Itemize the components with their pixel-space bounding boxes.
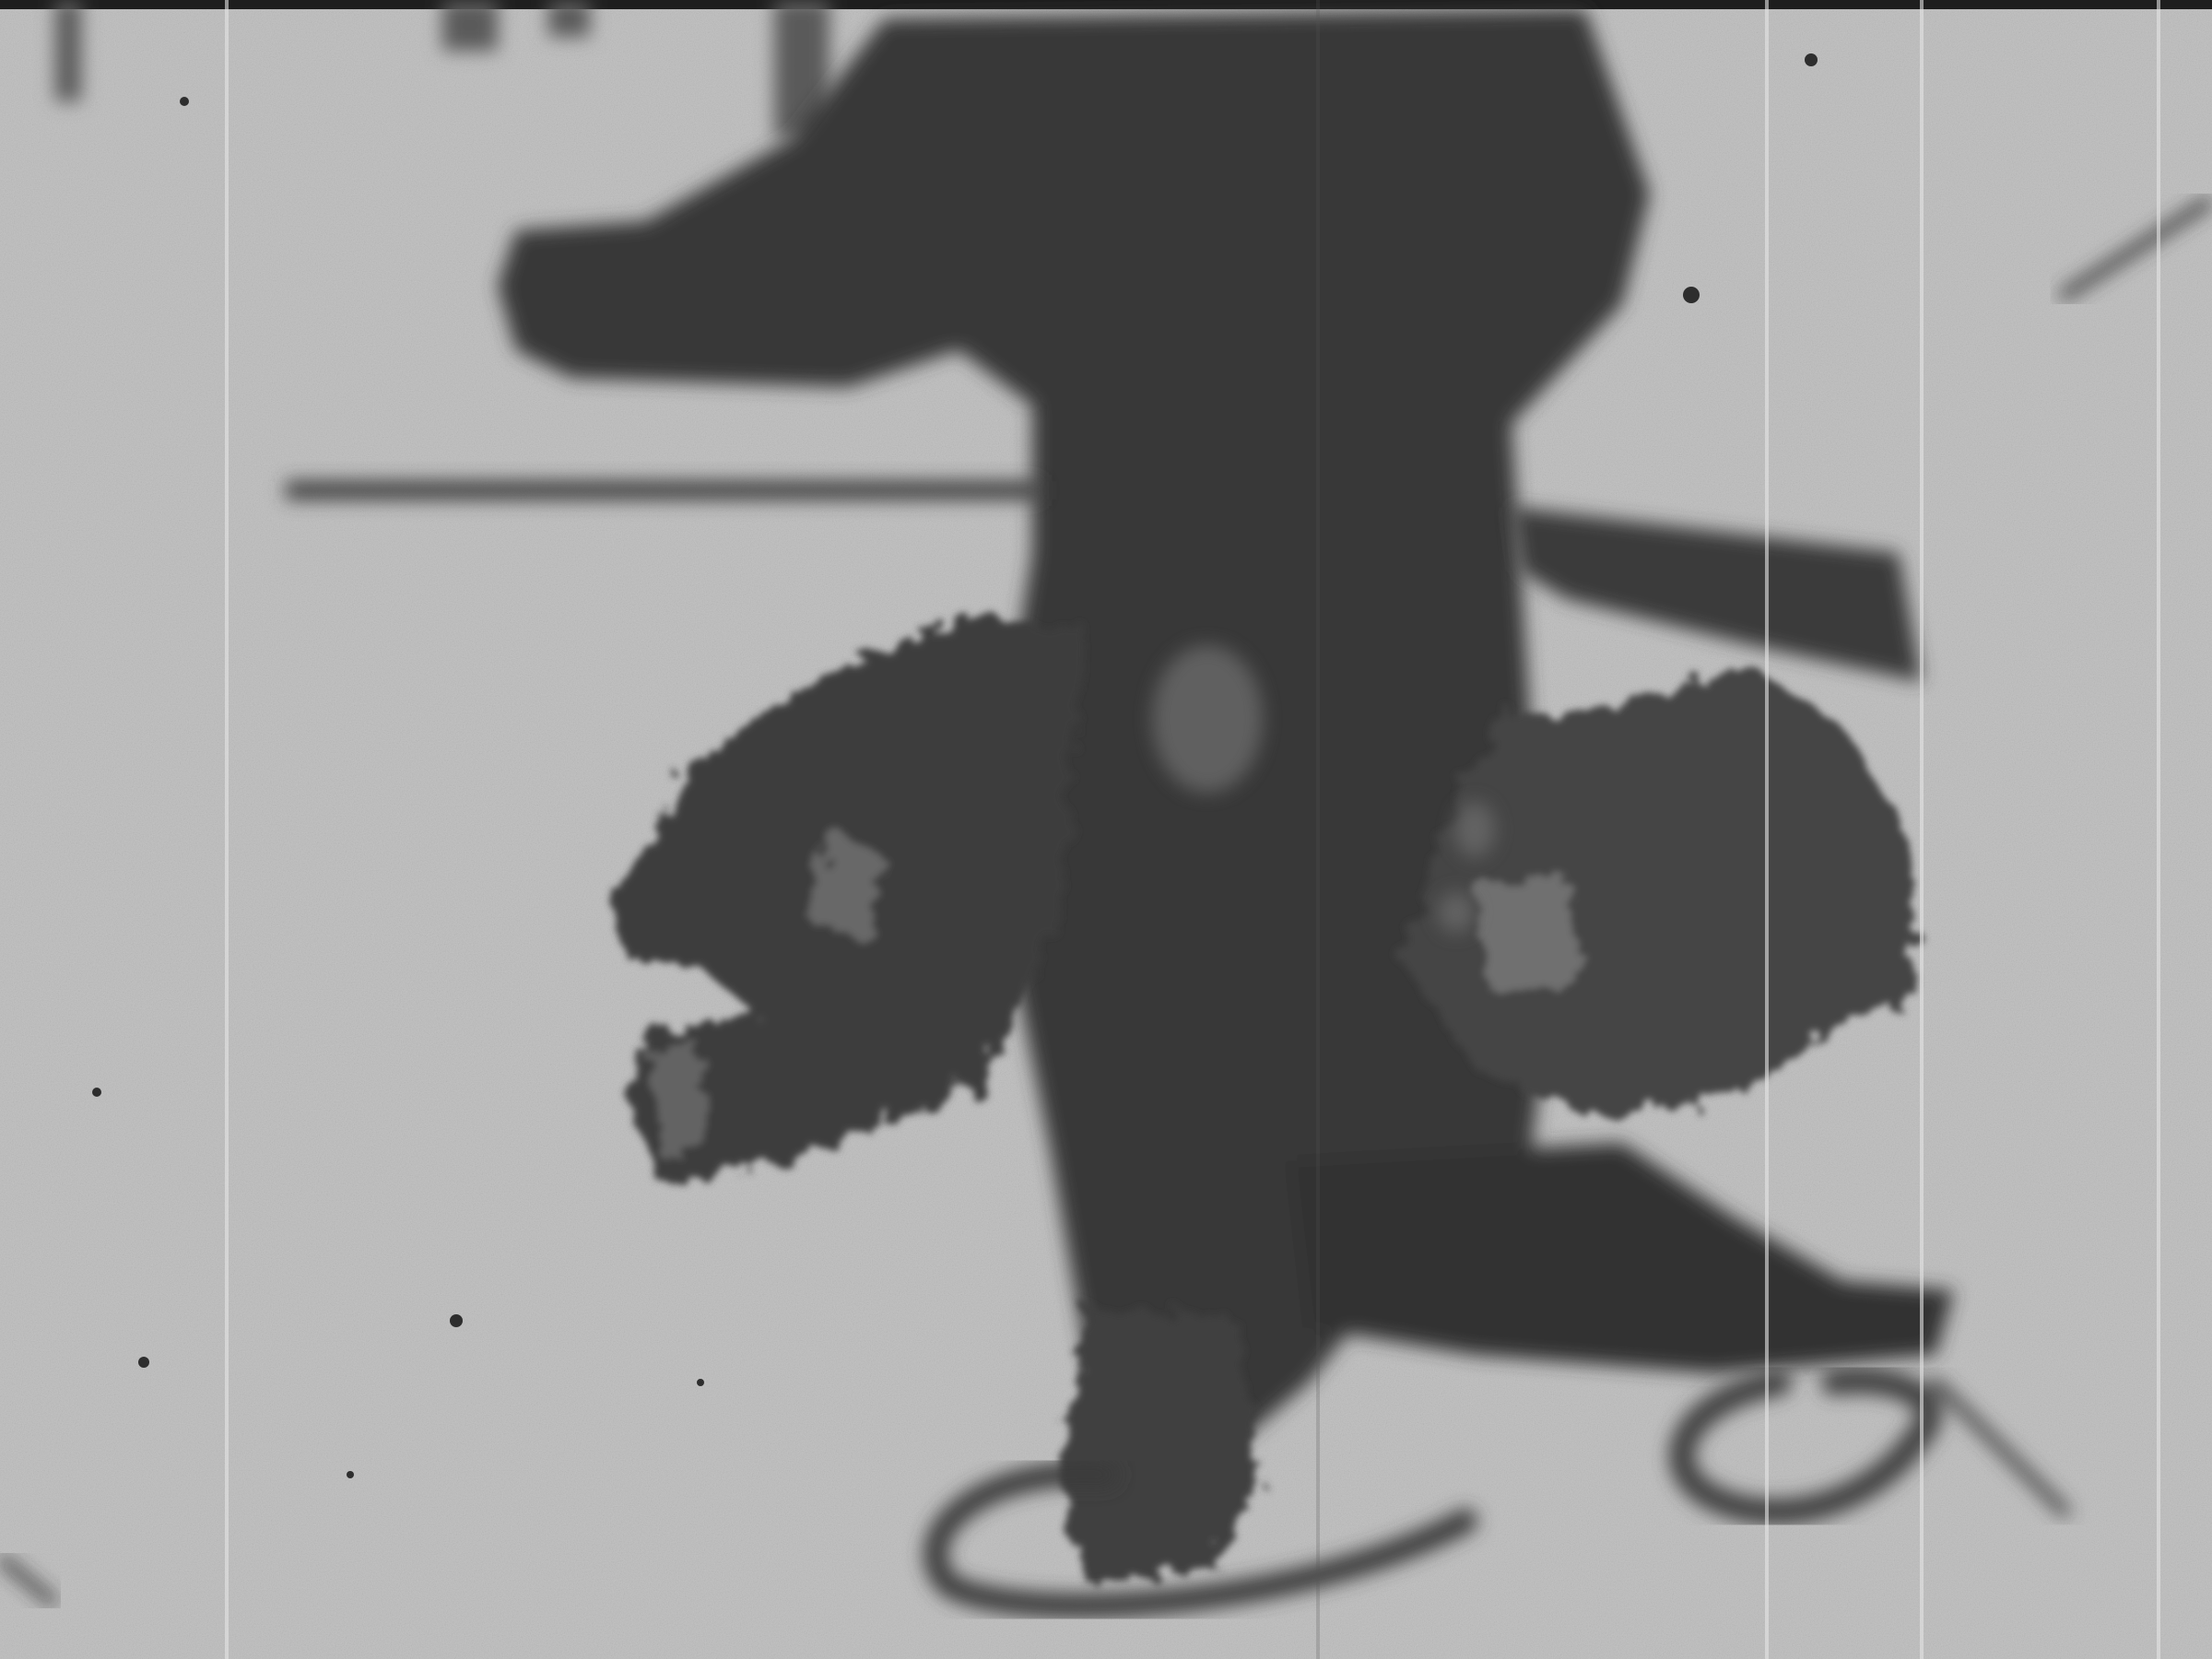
film-border-top bbox=[0, 0, 2212, 9]
film-scene bbox=[0, 0, 2212, 1659]
film-still: Grainy black-and-white archival film sti… bbox=[0, 0, 2212, 1659]
